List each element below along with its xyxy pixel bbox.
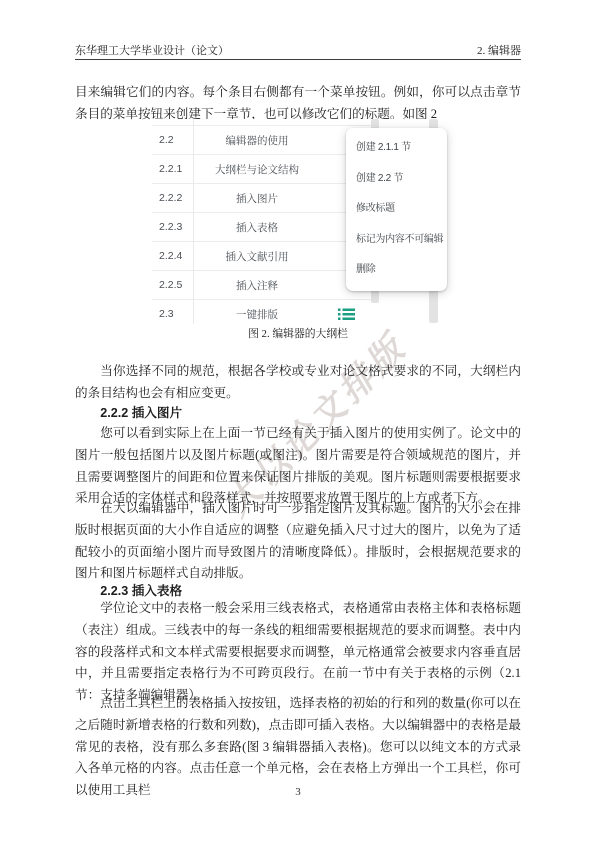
one-click-typeset-list-icon[interactable] [321,308,372,321]
outline-row-title: 大纲栏与论文结构 [193,162,321,177]
outline-row-2-2-3[interactable]: 2.2.3 插入表格 [152,213,372,242]
outline-list: 2.2 编辑器的使用 2.2.1 大纲栏与论文结构 2.2.2 插入图片 2.2… [152,119,372,328]
outline-row-number: 2.2.5 [152,279,193,291]
header-right-title: 2. 编辑器 [477,43,521,59]
menu-item-rename-title[interactable]: 修改标题 [346,194,447,225]
outline-context-menu: 创建 2.1.1 节 创建 2.2 节 修改标题 标记为内容不可编辑 删除 [346,128,447,291]
outline-row-2-2[interactable]: 2.2 编辑器的使用 [152,126,372,155]
paragraph-table-style: 学位论文中的表格一般会采用三线表格式，表格通常由表格主体和表格标题（表注）组成。… [75,598,521,707]
outline-row-2-2-1[interactable]: 2.2.1 大纲栏与论文结构 [152,155,372,184]
outline-row-partial [152,119,372,126]
document-page: 东华理工大学毕业设计（论文） 2. 编辑器 大以论文排版 目来编辑它们的内容。每… [0,0,595,842]
outline-row-title: 插入文献引用 [193,249,321,264]
outline-row-number: 2.2 [152,134,193,146]
outline-row-title: 一键排版 [193,307,321,322]
header-left-title: 东华理工大学毕业设计（论文） [75,43,229,59]
menu-item-mark-not-editable[interactable]: 标记为内容不可编辑 [346,225,447,256]
outline-row-2-2-2[interactable]: 2.2.2 插入图片 [152,184,372,213]
menu-item-create-subsection[interactable]: 创建 2.1.1 节 [346,133,447,164]
paragraph-image-autosize: 在大以编辑器中，插入图片时可一步指定图片及其标题。图片的大小会在排版时根据页面的… [75,498,521,585]
paragraph-spec-variation: 当你选择不同的规范，根据各学校或专业对论文格式要求的不同，大纲栏内的条目结构也会… [75,361,521,405]
outline-column-divider [193,119,194,324]
figure-editor-outline-screenshot: 2.2 编辑器的使用 2.2.1 大纲栏与论文结构 2.2.2 插入图片 2.2… [152,119,452,326]
menu-item-create-section[interactable]: 创建 2.2 节 [346,164,447,195]
outline-row-2-3[interactable]: 2.3 一键排版 [152,300,372,328]
outline-row-number: 2.2.1 [152,163,193,175]
outline-row-number: 2.2.3 [152,221,193,233]
figure-caption: 图 2. 编辑器的大纲栏 [75,326,521,341]
outline-row-title: 编辑器的使用 [193,133,321,148]
page-number: 3 [75,786,521,798]
menu-item-delete[interactable]: 删除 [346,255,447,286]
page-header: 东华理工大学毕业设计（论文） 2. 编辑器 [75,40,521,60]
outline-row-2-2-5[interactable]: 2.2.5 插入注释 [152,271,372,300]
outline-row-2-2-4[interactable]: 2.2.4 插入文献引用 [152,242,372,271]
outline-row-title: 插入表格 [193,220,321,235]
outline-row-title: 插入图片 [193,191,321,206]
outline-row-number: 2.3 [152,308,193,320]
outline-row-number: 2.2.2 [152,192,193,204]
outline-row-number: 2.2.4 [152,250,193,262]
section-heading-insert-image: 2.2.2 插入图片 [75,403,521,425]
outline-row-title: 插入注释 [193,278,321,293]
